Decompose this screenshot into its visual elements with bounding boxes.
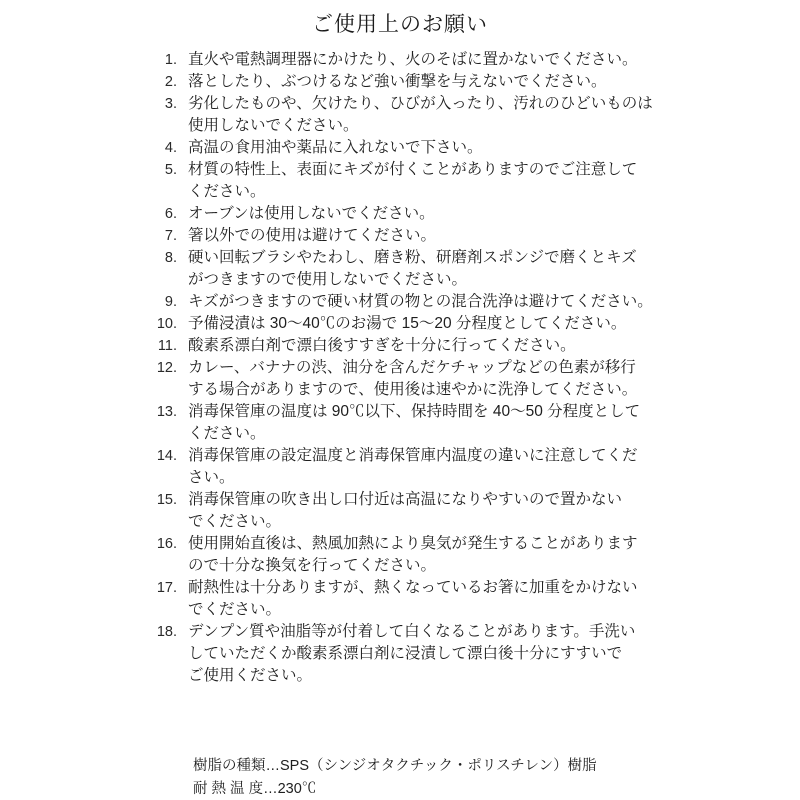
instruction-item: 9.キズがつきますので硬い材質の物との混合洗浄は避けてください。	[130, 291, 800, 313]
item-text: 劣化したものや、欠けたり、ひびが入ったり、汚れのひどいものは 使用しないでくださ…	[188, 93, 693, 137]
item-text: 使用開始直後は、熱風加熱により臭気が発生することがあります ので十分な換気を行っ…	[188, 533, 693, 577]
item-text: 消毒保管庫の設定温度と消毒保管庫内温度の違いに注意してくだ さい。	[188, 445, 693, 489]
item-text: オーブンは使用しないでください。	[188, 203, 693, 225]
instruction-item: 7.箸以外での使用は避けてください。	[130, 225, 800, 247]
item-text: デンプン質や油脂等が付着して白くなることがあります。手洗い していただくか酸素系…	[188, 621, 693, 687]
item-number: 14.	[130, 445, 177, 467]
instruction-item: 15.消毒保管庫の吹き出し口付近は高温になりやすいので置かない でください。	[130, 489, 800, 533]
item-number: 15.	[130, 489, 177, 511]
item-number: 17.	[130, 577, 177, 599]
instruction-item: 14.消毒保管庫の設定温度と消毒保管庫内温度の違いに注意してくだ さい。	[130, 445, 800, 489]
item-text: 耐熱性は十分ありますが、熱くなっているお箸に加重をかけない でください。	[188, 577, 693, 621]
item-number: 18.	[130, 621, 177, 643]
item-number: 1.	[130, 49, 177, 71]
heat-temp-line: 耐 熱 温 度…230℃	[193, 778, 800, 800]
instruction-item: 17.耐熱性は十分ありますが、熱くなっているお箸に加重をかけない でください。	[130, 577, 800, 621]
item-number: 11.	[130, 335, 177, 357]
instruction-item: 4.高温の食用油や薬品に入れないで下さい。	[130, 137, 800, 159]
item-text: 予備浸漬は 30～40℃のお湯で 15～20 分程度としてください。	[188, 313, 693, 335]
item-number: 3.	[130, 93, 177, 115]
instruction-item: 3.劣化したものや、欠けたり、ひびが入ったり、汚れのひどいものは 使用しないでく…	[130, 93, 800, 137]
item-number: 4.	[130, 137, 177, 159]
item-text: 材質の特性上、表面にキズが付くことがありますのでご注意して ください。	[188, 159, 693, 203]
instruction-item: 12.カレー、バナナの渋、油分を含んだケチャップなどの色素が移行 する場合があり…	[130, 357, 800, 401]
instruction-item: 2.落としたり、ぶつけるなど強い衝撃を与えないでください。	[130, 71, 800, 93]
item-number: 6.	[130, 203, 177, 225]
footer-specs: 樹脂の種類…SPS（シンジオタクチック・ポリスチレン）樹脂 耐 熱 温 度…23…	[193, 755, 800, 800]
item-text: 箸以外での使用は避けてください。	[188, 225, 693, 247]
instructions-list: 1.直火や電熱調理器にかけたり、火のそばに置かないでください。2.落としたり、ぶ…	[0, 49, 800, 687]
instruction-item: 6.オーブンは使用しないでください。	[130, 203, 800, 225]
item-number: 7.	[130, 225, 177, 247]
instruction-item: 1.直火や電熱調理器にかけたり、火のそばに置かないでください。	[130, 49, 800, 71]
item-number: 10.	[130, 313, 177, 335]
item-text: 直火や電熱調理器にかけたり、火のそばに置かないでください。	[188, 49, 693, 71]
instruction-item: 16.使用開始直後は、熱風加熱により臭気が発生することがあります ので十分な換気…	[130, 533, 800, 577]
document-page: ご使用上のお願い 1.直火や電熱調理器にかけたり、火のそばに置かないでください。…	[0, 0, 800, 800]
item-text: 高温の食用油や薬品に入れないで下さい。	[188, 137, 693, 159]
item-text: キズがつきますので硬い材質の物との混合洗浄は避けてください。	[188, 291, 693, 313]
instruction-item: 11.酸素系漂白剤で漂白後すすぎを十分に行ってください。	[130, 335, 800, 357]
item-text: 落としたり、ぶつけるなど強い衝撃を与えないでください。	[188, 71, 693, 93]
item-number: 8.	[130, 247, 177, 269]
page-title: ご使用上のお願い	[0, 0, 800, 38]
item-text: 硬い回転ブラシやたわし、磨き粉、研磨剤スポンジで磨くとキズ がつきますので使用し…	[188, 247, 693, 291]
instruction-item: 10.予備浸漬は 30～40℃のお湯で 15～20 分程度としてください。	[130, 313, 800, 335]
instruction-item: 18.デンプン質や油脂等が付着して白くなることがあります。手洗い していただくか…	[130, 621, 800, 687]
item-number: 9.	[130, 291, 177, 313]
item-number: 5.	[130, 159, 177, 181]
item-number: 16.	[130, 533, 177, 555]
item-number: 13.	[130, 401, 177, 423]
item-number: 2.	[130, 71, 177, 93]
instruction-item: 13.消毒保管庫の温度は 90℃以下、保持時間を 40～50 分程度として くだ…	[130, 401, 800, 445]
item-text: 消毒保管庫の吹き出し口付近は高温になりやすいので置かない でください。	[188, 489, 693, 533]
item-text: 酸素系漂白剤で漂白後すすぎを十分に行ってください。	[188, 335, 693, 357]
resin-type-line: 樹脂の種類…SPS（シンジオタクチック・ポリスチレン）樹脂	[193, 755, 800, 778]
item-text: 消毒保管庫の温度は 90℃以下、保持時間を 40～50 分程度として ください。	[188, 401, 693, 445]
instruction-item: 8.硬い回転ブラシやたわし、磨き粉、研磨剤スポンジで磨くとキズ がつきますので使…	[130, 247, 800, 291]
instruction-item: 5.材質の特性上、表面にキズが付くことがありますのでご注意して ください。	[130, 159, 800, 203]
item-text: カレー、バナナの渋、油分を含んだケチャップなどの色素が移行 する場合がありますの…	[188, 357, 693, 401]
item-number: 12.	[130, 357, 177, 379]
